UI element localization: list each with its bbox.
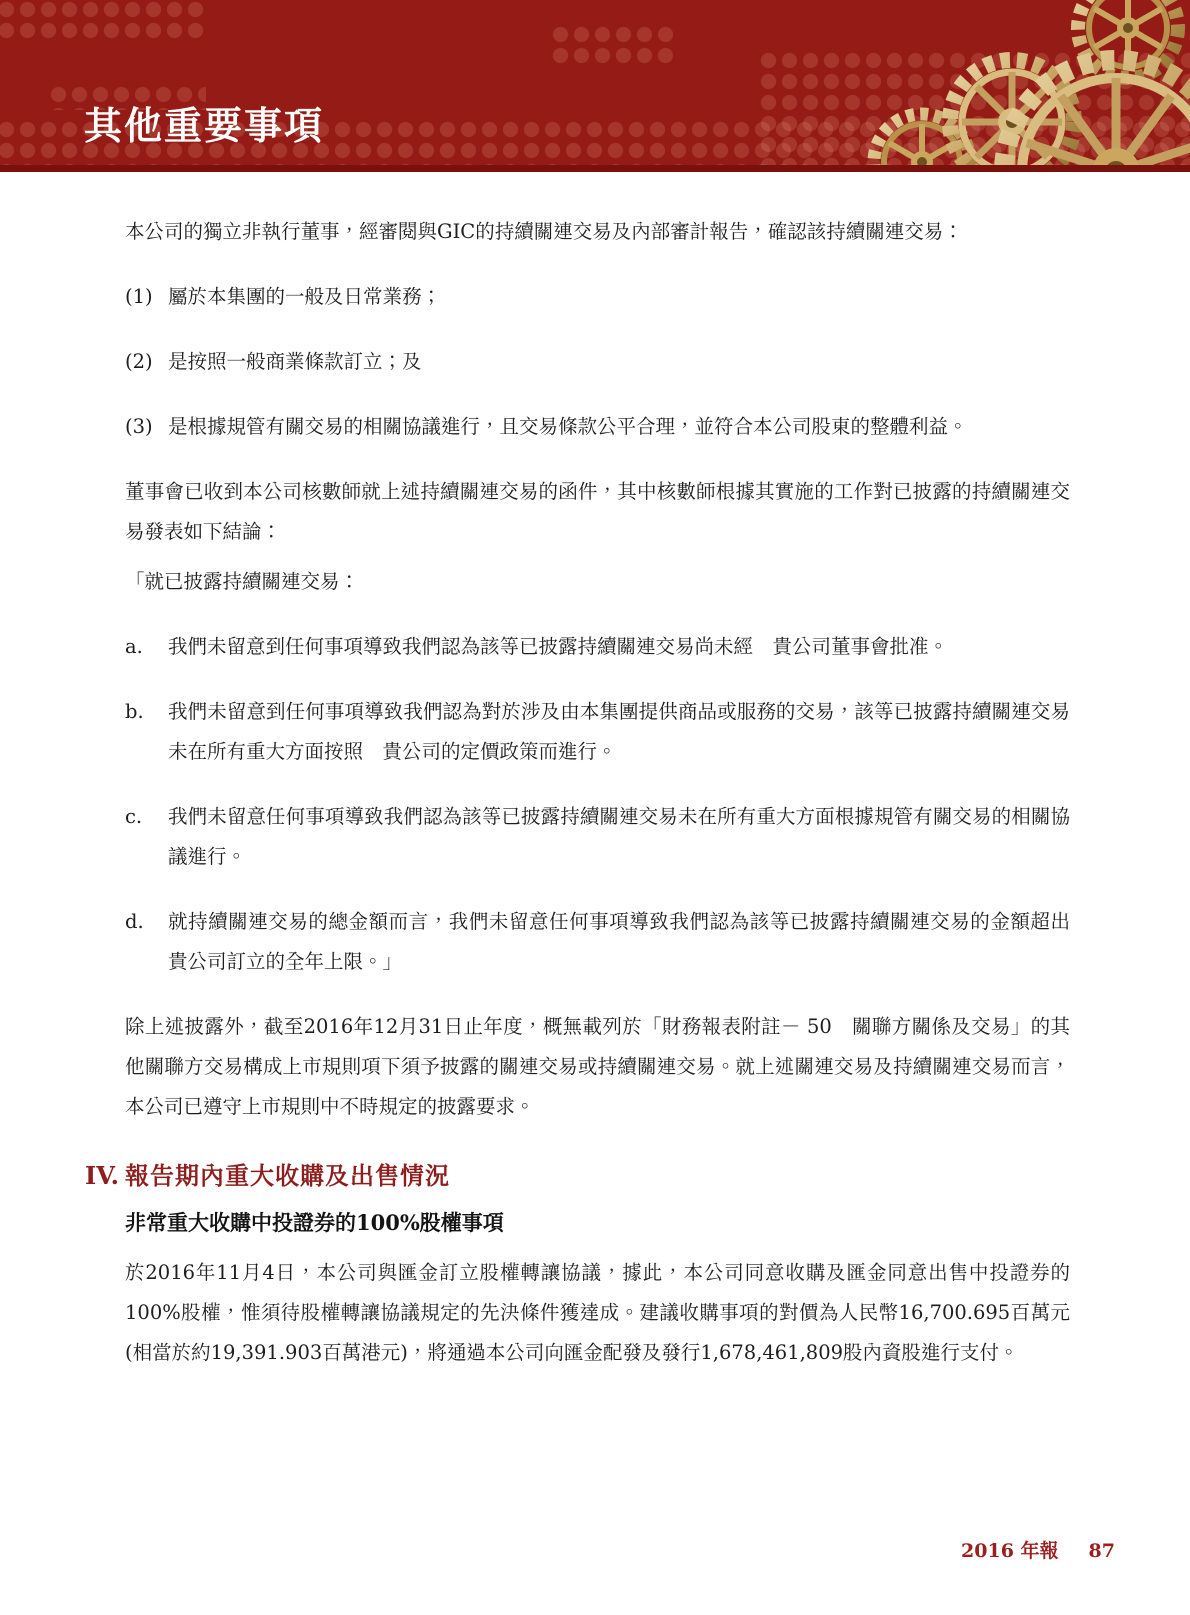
list-marker: (1) [125,277,168,317]
dot-pattern [0,0,209,43]
list-item: (2) 是按照一般商業條款訂立；及 [125,342,1070,382]
subsection-title: 非常重大收購中投證券的100%股權事項 [125,1207,1070,1239]
list-marker: d. [125,902,168,942]
list-marker: c. [125,797,168,837]
section-heading: IV. 報告期內重大收購及出售情況 [85,1159,1070,1193]
list-item-text: 我們未留意到任何事項導致我們認為對於涉及由本集團提供商品或服務的交易，該等已披露… [168,692,1070,772]
list-item: a. 我們未留意到任何事項導致我們認為該等已披露持續關連交易尚未經 貴公司董事會… [125,627,1070,667]
list-item: c. 我們未留意任何事項導致我們認為該等已披露持續關連交易未在所有重大方面根據規… [125,797,1070,877]
other-disclosure-paragraph: 除上述披露外，截至2016年12月31日止年度，概無載列於「財務報表附註－ 50… [125,1007,1070,1127]
list-item: d. 就持續關連交易的總金額而言，我們未留意任何事項導致我們認為該等已披露持續關… [125,902,1070,982]
list-item: (3) 是根據規管有關交易的相關協議進行，且交易條款公平合理，並符合本公司股東的… [125,407,1070,447]
list-item-text: 屬於本集團的一般及日常業務； [168,277,1070,317]
header-bottom-edge [0,165,1190,172]
list-item-text: 就持續關連交易的總金額而言，我們未留意任何事項導致我們認為該等已披露持續關連交易… [168,902,1070,982]
page-header: 其他重要事項 [0,0,1190,172]
acquisition-paragraph: 於2016年11月4日，本公司與匯金訂立股權轉讓協議，據此，本公司同意收購及匯金… [125,1253,1070,1373]
list-item-text: 是按照一般商業條款訂立；及 [168,342,1070,382]
list-item: (1) 屬於本集團的一般及日常業務； [125,277,1070,317]
intro-paragraph: 本公司的獨立非執行董事，經審閱與GIC的持續關連交易及內部審計報告，確認該持續關… [125,212,1070,252]
list-marker: (2) [125,342,168,382]
report-year-label: 2016 年報 [961,1536,1059,1563]
page-title: 其他重要事項 [84,103,324,149]
section-number: IV. [85,1159,125,1193]
auditor-letter-paragraph: 董事會已收到本公司核數師就上述持續關連交易的函件，其中核數師根據其實施的工作對已… [125,472,1070,552]
list-marker: a. [125,627,168,667]
report-page: 其他重要事項 本公司的獨立非執行董事，經審閱與GIC的持續關連交易及內部審計報告… [0,0,1190,1615]
list-marker: (3) [125,407,168,447]
page-content: 本公司的獨立非執行董事，經審閱與GIC的持續關連交易及內部審計報告，確認該持續關… [125,200,1070,1373]
section-title: 報告期內重大收購及出售情況 [125,1159,450,1193]
page-footer: 2016 年報 87 [961,1536,1115,1563]
dot-pattern [548,22,678,68]
quote-open-line: 「就已披露持續關連交易： [125,562,1070,602]
gears-icon [830,0,1190,172]
list-item-text: 是根據規管有關交易的相關協議進行，且交易條款公平合理，並符合本公司股東的整體利益… [168,407,1070,447]
list-item-text: 我們未留意到任何事項導致我們認為該等已披露持續關連交易尚未經 貴公司董事會批准。 [168,627,1070,667]
list-item-text: 我們未留意任何事項導致我們認為該等已披露持續關連交易未在所有重大方面根據規管有關… [168,797,1070,877]
list-item: b. 我們未留意到任何事項導致我們認為對於涉及由本集團提供商品或服務的交易，該等… [125,692,1070,772]
page-number: 87 [1089,1540,1115,1562]
list-marker: b. [125,692,168,732]
